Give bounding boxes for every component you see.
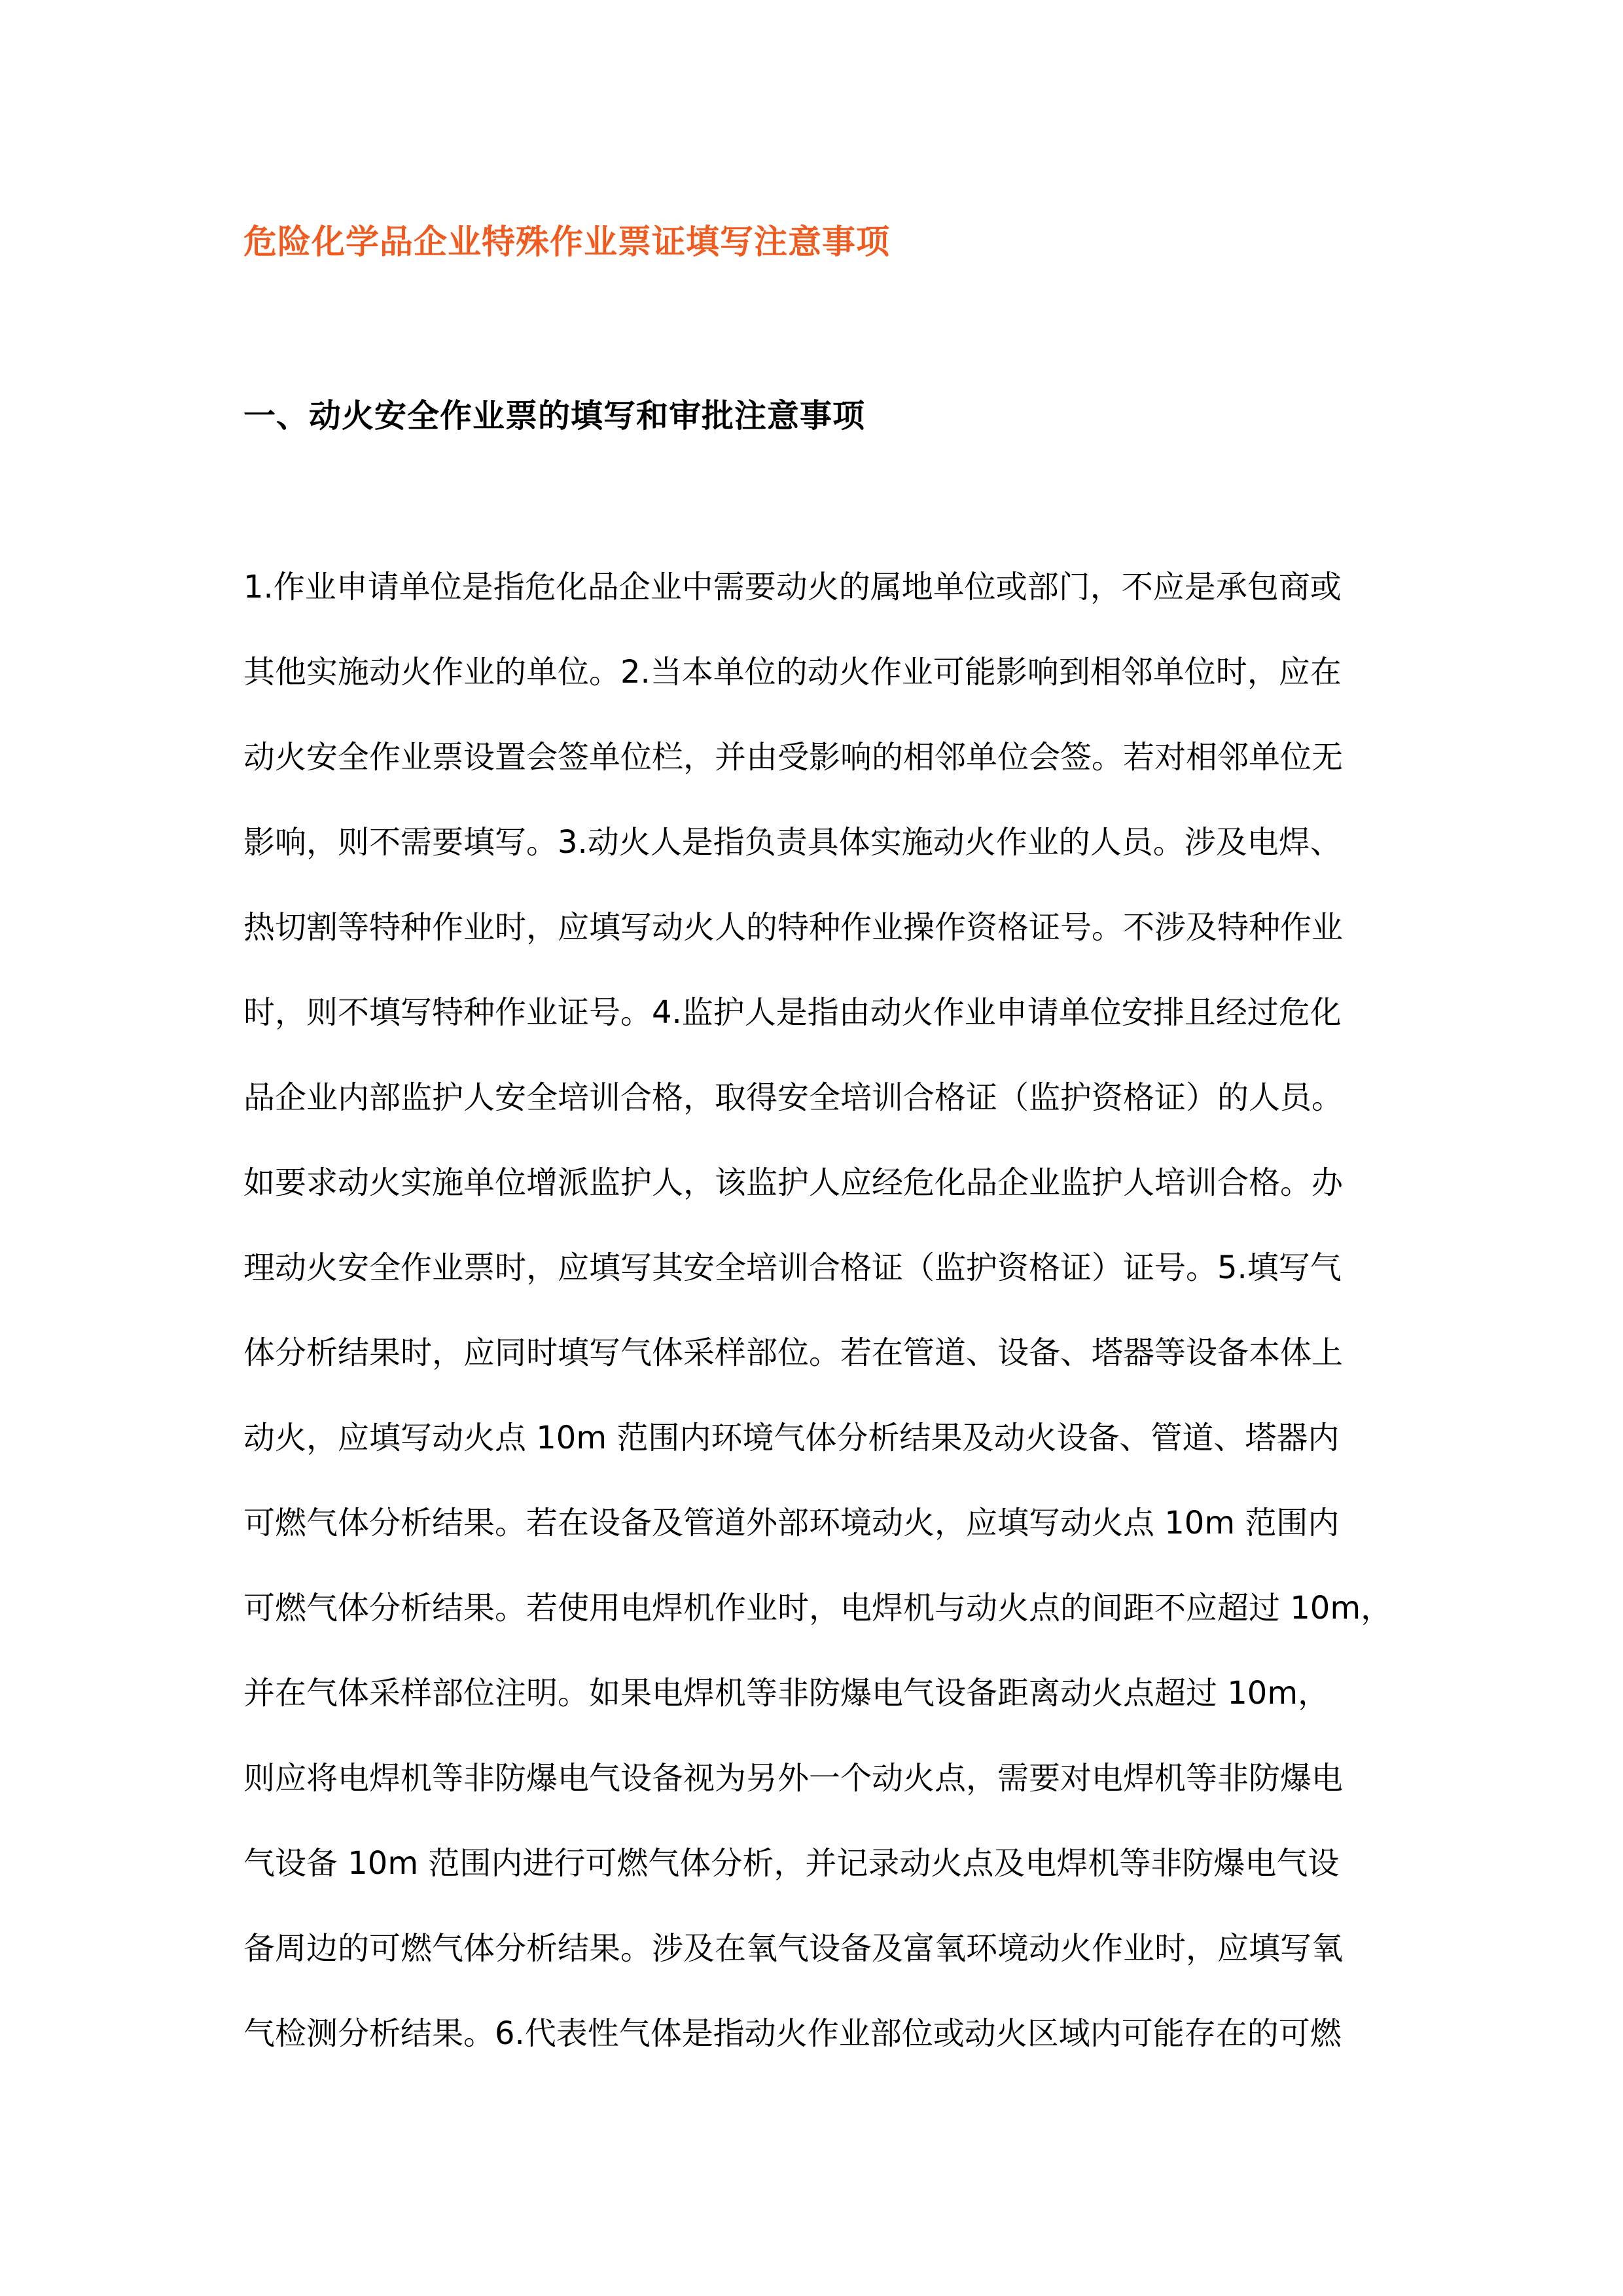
body-line: 气设备 10m 范围内进行可燃气体分析，并记录动火点及电焊机等非防爆电气设	[243, 1840, 1408, 1926]
body-line: 动火安全作业票设置会签单位栏，并由受影响的相邻单位会签。若对相邻单位无	[243, 734, 1408, 819]
body-line: 1.作业申请单位是指危化品企业中需要动火的属地单位或部门，不应是承包商或	[243, 564, 1408, 649]
body-line: 理动火安全作业票时，应填写其安全培训合格证（监护资格证）证号。5.填写气	[243, 1245, 1408, 1330]
document-title: 危险化学品企业特殊作业票证填写注意事项	[243, 215, 890, 263]
body-line: 如要求动火实施单位增派监护人，该监护人应经危化品企业监护人培训合格。办	[243, 1160, 1408, 1245]
body-line: 可燃气体分析结果。若使用电焊机作业时，电焊机与动火点的间距不应超过 10m，	[243, 1585, 1408, 1670]
body-line: 品企业内部监护人安全培训合格，取得安全培训合格证（监护资格证）的人员。	[243, 1075, 1408, 1160]
body-line: 气检测分析结果。6.代表性气体是指动火作业部位或动火区域内可能存在的可燃	[243, 2011, 1408, 2096]
body-line: 动火，应填写动火点 10m 范围内环境气体分析结果及动火设备、管道、塔器内	[243, 1415, 1408, 1500]
body-line: 影响，则不需要填写。3.动火人是指负责具体实施动火作业的人员。涉及电焊、	[243, 819, 1408, 905]
body-line: 则应将电焊机等非防爆电气设备视为另外一个动火点，需要对电焊机等非防爆电	[243, 1755, 1408, 1840]
section-heading: 一、动火安全作业票的填写和审批注意事项	[243, 391, 865, 437]
body-line: 并在气体采样部位注明。如果电焊机等非防爆电气设备距离动火点超过 10m，	[243, 1670, 1408, 1755]
body-line: 时，则不填写特种作业证号。4.监护人是指由动火作业申请单位安排且经过危化	[243, 990, 1408, 1075]
body-line: 体分析结果时，应同时填写气体采样部位。若在管道、设备、塔器等设备本体上	[243, 1330, 1408, 1415]
body-line: 可燃气体分析结果。若在设备及管道外部环境动火，应填写动火点 10m 范围内	[243, 1500, 1408, 1585]
document-page: 危险化学品企业特殊作业票证填写注意事项 一、动火安全作业票的填写和审批注意事项 …	[0, 0, 1623, 2296]
section-body: 1.作业申请单位是指危化品企业中需要动火的属地单位或部门，不应是承包商或 其他实…	[243, 564, 1408, 2096]
body-line: 热切割等特种作业时，应填写动火人的特种作业操作资格证号。不涉及特种作业	[243, 905, 1408, 990]
body-line: 其他实施动火作业的单位。2.当本单位的动火作业可能影响到相邻单位时，应在	[243, 649, 1408, 734]
body-line: 备周边的可燃气体分析结果。涉及在氧气设备及富氧环境动火作业时，应填写氧	[243, 1926, 1408, 2011]
